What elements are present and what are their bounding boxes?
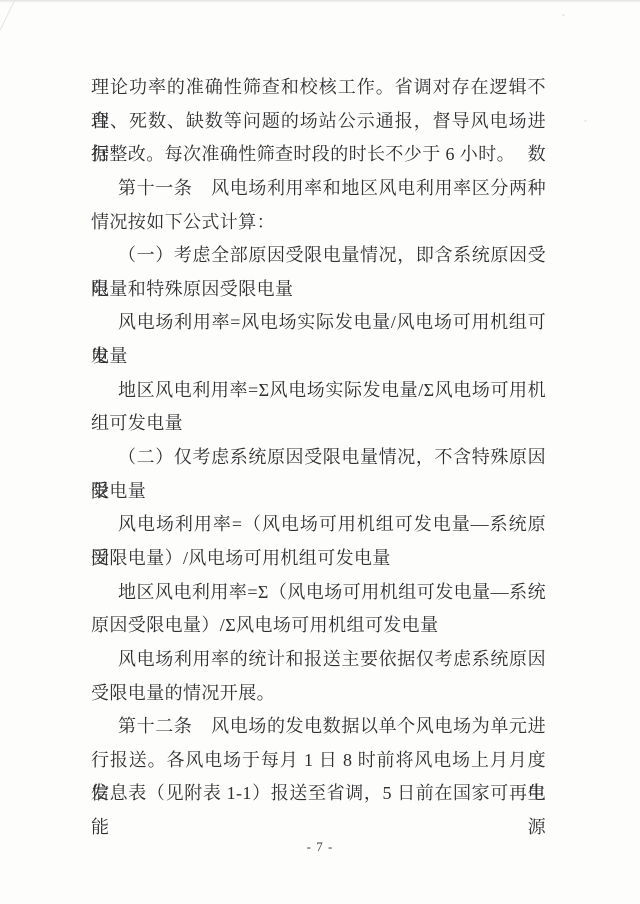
scan-speck [584,120,587,122]
document-body: 理论功率的准确性筛查和校核工作。省调对存在逻辑不合理、死数、缺数等问题的场站公示… [91,71,546,811]
text-line: 理论功率的准确性筛查和校核工作。省调对存在逻辑不合 [91,71,546,105]
text-line: 信息表（见附表 1-1）报送至省调，5 日前在国家可再生能源 [91,777,546,811]
text-line: 限电量 [91,475,546,509]
text-line: 第十一条 风电场利用率和地区风电利用率区分两种 [91,172,546,206]
text-line: （一）考虑全部原因受限电量情况，即含系统原因受限 [91,239,546,273]
text-line: 理、死数、缺数等问题的场站公示通报，督导风电场进行数 [91,105,546,139]
page-number: - 7 - [0,839,640,855]
scan-scratch-artifact [0,0,17,38]
text-line: 地区风电利用率=Σ（风电场可用机组可发电量—系统 [91,576,546,610]
scan-top-edge [0,0,640,3]
text-line: 组可发电量 [91,407,546,441]
text-line: 风电场利用率的统计和报送主要依据仅考虑系统原因 [91,643,546,677]
text-line: 受限电量）/风电场可用机组可发电量 [91,542,546,576]
text-line: 据整改。每次准确性筛查时段的时长不少于 6 小时。 [91,138,546,172]
text-line: 情况按如下公式计算： [91,206,546,240]
text-line: 风电场利用率=（风电场可用机组可发电量—系统原因 [91,508,546,542]
text-line: （二）仅考虑系统原因受限电量情况，不含特殊原因受 [91,441,546,475]
scan-speck [562,14,565,16]
text-line: 第十二条 风电场的发电数据以单个风电场为单元进 [91,710,546,744]
document-page: 理论功率的准确性筛查和校核工作。省调对存在逻辑不合理、死数、缺数等问题的场站公示… [0,0,640,904]
text-line: 行报送。各风电场于每月 1 日 8 时前将风电场上月月度发电 [91,744,546,778]
text-line: 电量和特殊原因受限电量 [91,273,546,307]
text-line: 原因受限电量）/Σ风电场可用机组可发电量 [91,609,546,643]
text-line: 电量 [91,340,546,374]
text-line: 受限电量的情况开展。 [91,677,546,711]
text-line: 地区风电利用率=Σ风电场实际发电量/Σ风电场可用机 [91,374,546,408]
text-line: 风电场利用率=风电场实际发电量/风电场可用机组可发 [91,306,546,340]
